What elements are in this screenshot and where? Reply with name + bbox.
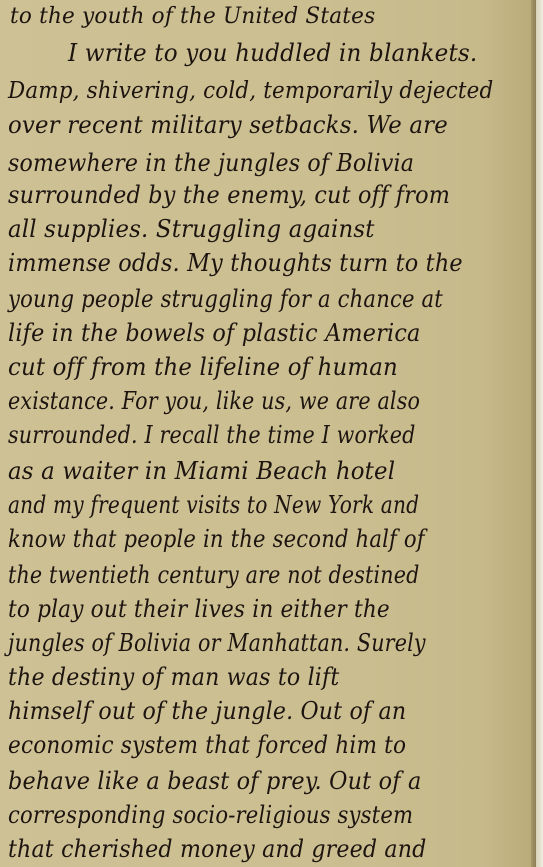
page-edge xyxy=(536,0,543,867)
letter-line: as a waiter in Miami Beach hotel xyxy=(8,456,395,486)
letter-line: jungles of Bolivia or Manhattan. Surely xyxy=(8,628,426,658)
letter-line: over recent military setbacks. We are xyxy=(8,110,448,140)
letter-line: life in the bowels of plastic America xyxy=(8,318,421,348)
letter-line: immense odds. My thoughts turn to the xyxy=(8,248,463,278)
letter-line: corresponding socio-religious system xyxy=(8,800,413,830)
letter-line: surrounded by the enemy, cut off from xyxy=(8,180,450,210)
letter-line: surrounded. I recall the time I worked xyxy=(8,420,416,450)
letter-line: I write to you huddled in blankets. xyxy=(68,38,477,68)
letter-line: economic system that forced him to xyxy=(8,730,406,760)
letter-line: somewhere in the jungles of Bolivia xyxy=(8,148,414,178)
letter-line: young people struggling for a chance at xyxy=(8,284,443,314)
letter-line: the twentieth century are not destined xyxy=(8,560,420,590)
letter-salutation: to the youth of the United States xyxy=(10,2,375,32)
letter-line: the destiny of man was to lift xyxy=(8,662,339,692)
letter-line: all supplies. Struggling against xyxy=(8,214,375,244)
letter-line: cut off from the lifeline of human xyxy=(8,352,398,382)
letter-line: to play out their lives in either the xyxy=(8,594,390,624)
letter-line: that cherished money and greed and xyxy=(8,834,426,864)
letter-line: Damp, shivering, cold, temporarily dejec… xyxy=(8,76,493,106)
letter-line: himself out of the jungle. Out of an xyxy=(8,696,406,726)
letter-line: existance. For you, like us, we are also xyxy=(8,386,420,416)
letter-page: to the youth of the United States I writ… xyxy=(0,0,536,867)
letter-line: behave like a beast of prey. Out of a xyxy=(8,766,421,796)
letter-line: know that people in the second half of xyxy=(8,524,425,554)
letter-line: and my frequent visits to New York and xyxy=(8,490,419,520)
